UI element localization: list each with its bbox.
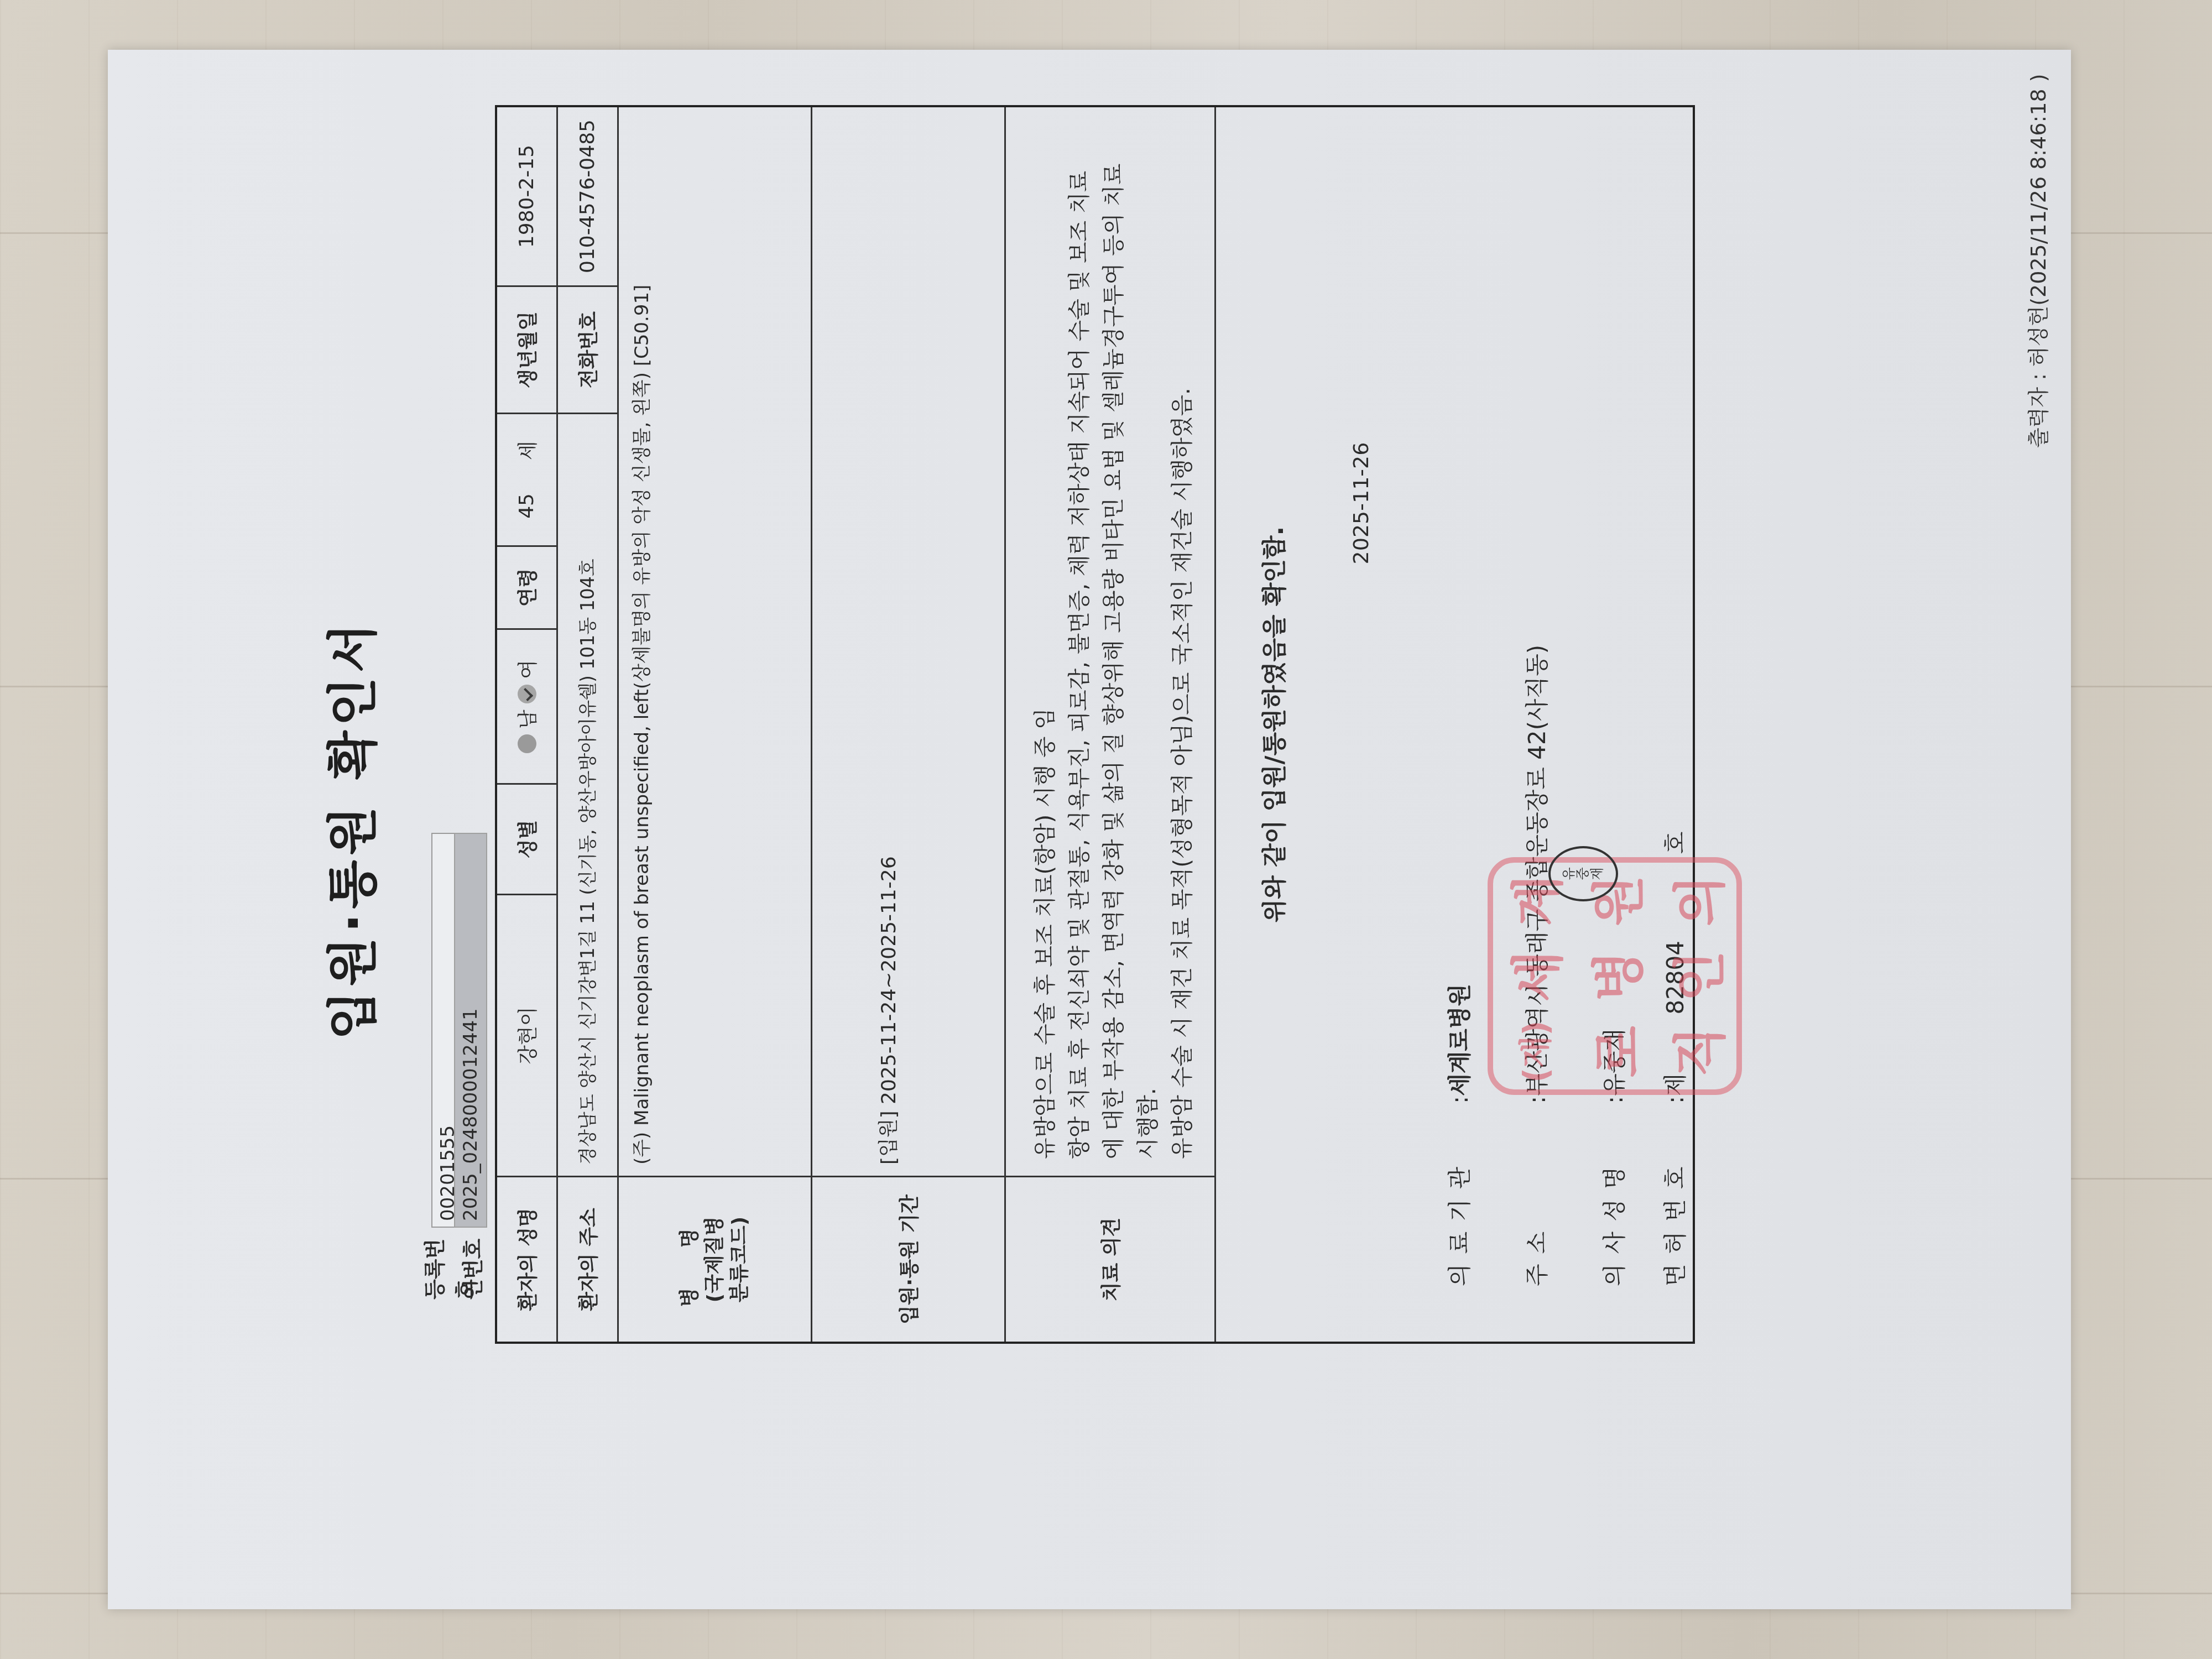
signature-area: 위와 같이 입원/통원하였음을 확인함. 2025-11-26 의료기관:세계로…	[1216, 107, 1693, 1342]
sex-option-male: 남	[513, 709, 541, 753]
age-value: 45	[515, 493, 538, 519]
issue-date: 2025-11-26	[1349, 0, 1373, 1120]
seal-glyph: 세	[1496, 938, 1572, 1014]
sex-option-label: 여	[513, 660, 541, 679]
diagnosis-label-line: 병 명	[677, 1212, 702, 1307]
document-title: 입원·통원 확인서	[312, 50, 385, 1609]
serial-number-label: 연번호	[456, 1228, 486, 1300]
license-number-key: 면허번호	[1664, 1104, 1687, 1286]
radio-unchecked-icon	[518, 734, 536, 753]
doctor-name-key: 의사성명	[1603, 1104, 1626, 1286]
phone-label: 전화번호	[558, 285, 619, 413]
license-suffix: 호	[1662, 832, 1689, 854]
treatment-opinion: 유방암으로 수술 후 보조 치료(항암) 시행 중 임 항암 치료 후 전신쇠약…	[1006, 107, 1216, 1176]
seal-glyph: 직	[1658, 1014, 1734, 1089]
phone-number: 010-4576-0485	[558, 107, 619, 285]
confirmation-statement: 위와 같이 입원/통원하였음을 확인함.	[1255, 107, 1290, 1342]
doctor-seal-stamp: 유 중 재	[1548, 846, 1618, 901]
institution-name-key: 의료기관	[1448, 1104, 1472, 1286]
seal-glyph: 로	[1577, 1014, 1652, 1089]
period-label: 입원·통원 기간	[812, 1176, 1006, 1342]
opinion-line: 유방암 수술 시 재건 치료 목적(성형목적 아님)으로 국소적인 재건술 시행…	[1165, 388, 1199, 1159]
opinion-label: 치료 의견	[1006, 1176, 1216, 1342]
institution-address-key: 주소	[1526, 1104, 1549, 1286]
opinion-line: 유방암으로 수술 후 보조 치료(항암) 시행 중 임	[1028, 708, 1062, 1159]
serial-number-row: 연번호 2025_0248000012441	[454, 833, 487, 1300]
patient-address-label: 환자의 주소	[558, 1176, 619, 1342]
opinion-line: 항암 치료 후 전신쇠약 및 관절통, 식욕부진, 피로감, 불면증, 체력 저…	[1062, 171, 1097, 1159]
seal-glyph: 의	[1658, 863, 1734, 938]
opinion-line: 시행함.	[1131, 1088, 1165, 1159]
patient-name: 강현이	[497, 894, 558, 1176]
hospital-seal-stamp: (재) 세 계 로 병 원 직 인 의	[1488, 857, 1742, 1095]
birth-date-label: 생년월일	[497, 285, 558, 413]
sex-label: 성별	[497, 783, 558, 894]
diagnosis-label-line: (국제질병	[702, 1217, 727, 1303]
age-unit: 세	[513, 441, 541, 460]
age-cell: 45 세	[497, 413, 558, 545]
seal-glyph: 유	[1562, 867, 1576, 880]
institution-name-row: 의료기관:세계로병원	[1448, 984, 1472, 1286]
period-value: [입원] 2025-11-24~2025-11-26	[812, 107, 1006, 1176]
patient-address: 경상남도 양산시 신기강변1길 11 (신기동, 양산우방아이유쉘) 101동 …	[558, 413, 619, 1176]
seal-glyph: 중	[1576, 867, 1590, 880]
institution-name: 세계로병원	[1446, 984, 1473, 1096]
seal-glyph: 재	[1590, 867, 1604, 880]
checkmark-icon	[518, 685, 536, 703]
birth-date: 1980-2-15	[497, 107, 558, 285]
serial-number-field: 2025_0248000012441	[454, 833, 487, 1228]
sex-selector: 남 여	[497, 628, 558, 783]
printer-footer: 출력자 : 허성헌(2025/11/26 8:46:18 )	[2021, 74, 2052, 448]
admission-certificate-page: 입원·통원 확인서 등록번호 00201555 연번호 2025_0248000…	[108, 50, 2071, 1609]
patient-name-label: 환자의 성명	[497, 1176, 558, 1342]
diagnosis-label: 병 명 (국제질병 분류코드)	[619, 1176, 812, 1342]
diagnosis-value: (주) Malignant neoplasm of breast unspeci…	[619, 107, 812, 1176]
age-label: 연령	[497, 545, 558, 628]
seal-glyph: 병	[1577, 938, 1652, 1014]
certificate-table: 환자의 성명 강현이 성별 남 여 연령 45 세 생년월일 1980-2-15…	[495, 105, 1695, 1344]
seal-glyph: (재)	[1510, 1014, 1557, 1089]
diagnosis-label-line: 분류코드)	[727, 1217, 752, 1303]
sex-option-female: 여	[513, 660, 541, 703]
sex-option-label: 남	[513, 709, 541, 729]
seal-glyph: 인	[1658, 938, 1734, 1014]
opinion-line: 에 대한 부작용 감소, 면역력 강화 및 삶의 질 향상위해 고용량 비타민 …	[1097, 164, 1131, 1159]
